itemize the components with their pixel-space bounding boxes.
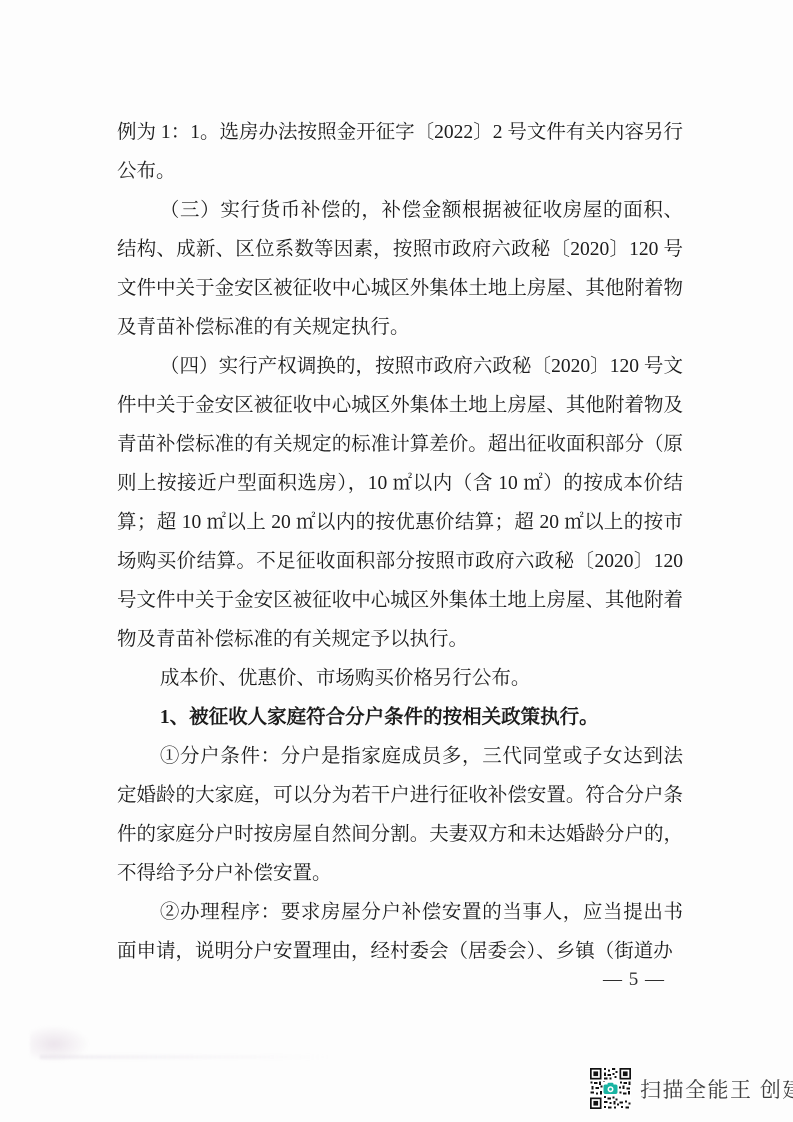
paragraph: 例为 1：1。选房办法按照金开征字〔2022〕2 号文件有关内容另行公布。 <box>117 113 683 191</box>
scan-streak-artifact <box>40 1055 330 1059</box>
document-body: 例为 1：1。选房办法按照金开征字〔2022〕2 号文件有关内容另行公布。 （三… <box>117 113 683 971</box>
scan-noise-artifact <box>30 1025 90 1063</box>
paragraph: ②办理程序：要求房屋分户补偿安置的当事人，应当提出书面申请，说明分户安置理由，经… <box>117 893 683 971</box>
paragraph: （四）实行产权调换的，按照市政府六政秘〔2020〕120 号文件中关于金安区被征… <box>117 347 683 659</box>
page-number: — 5 — <box>117 966 665 994</box>
camscanner-qr-icon <box>590 1068 631 1109</box>
scanned-document-page: 例为 1：1。选房办法按照金开征字〔2022〕2 号文件有关内容另行公布。 （三… <box>0 0 793 1122</box>
watermark-label: 扫描全能王 创建 <box>640 1074 793 1104</box>
heading-paragraph: 1、被征收人家庭符合分户条件的按相关政策执行。 <box>117 698 683 737</box>
paragraph: 成本价、优惠价、市场购买价格另行公布。 <box>117 659 683 698</box>
camscanner-watermark: 扫描全能王 创建 <box>590 1068 793 1109</box>
paragraph: ①分户条件：分户是指家庭成员多，三代同堂或子女达到法定婚龄的大家庭，可以分为若干… <box>117 737 683 893</box>
paragraph: （三）实行货币补偿的，补偿金额根据被征收房屋的面积、结构、成新、区位系数等因素，… <box>117 191 683 347</box>
